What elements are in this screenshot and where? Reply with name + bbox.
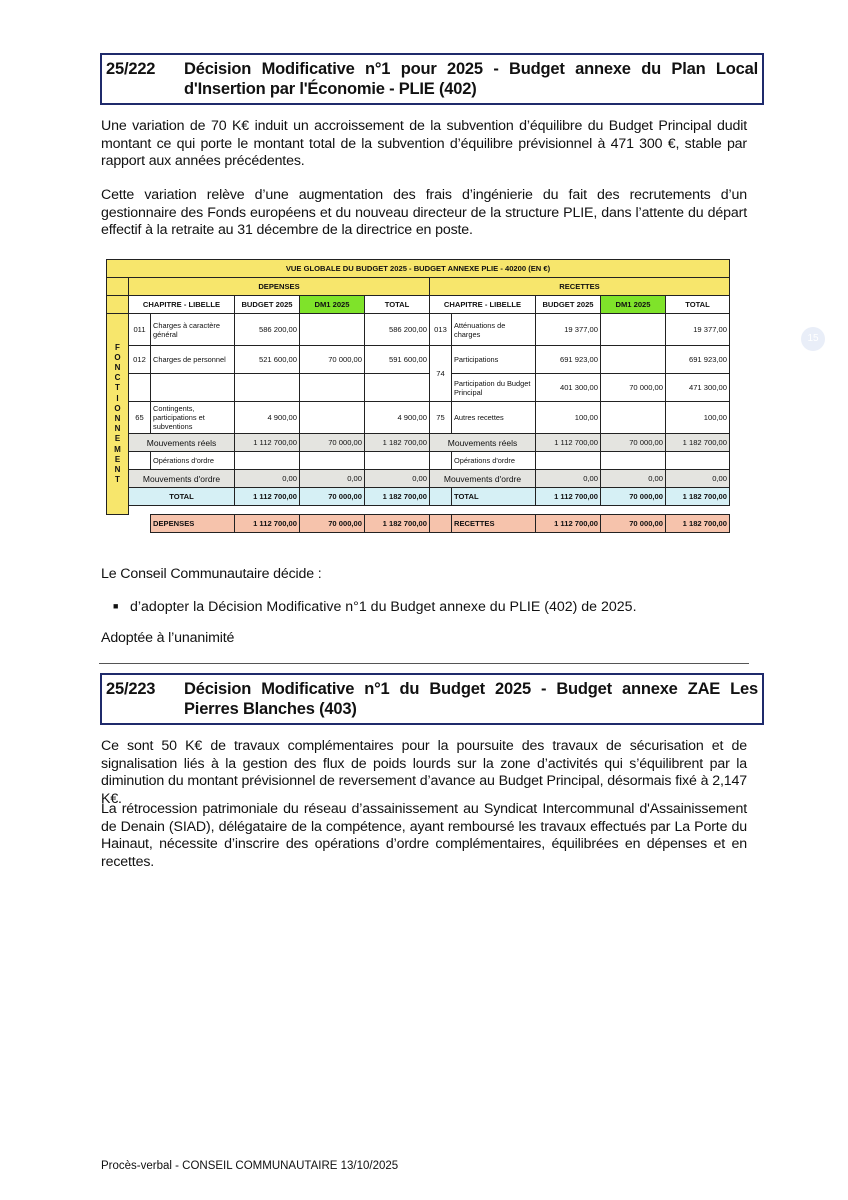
col-header-dm1: DM1 2025 (300, 296, 365, 314)
empty-cell (601, 452, 666, 470)
decision-intro: Le Conseil Communautaire décide : (101, 566, 747, 584)
dep-label (151, 374, 235, 402)
operations-ordre-row: Opérations d'ordre Opérations d'ordre (107, 452, 730, 470)
page-number-badge: 15 (801, 327, 825, 351)
decision-bullet-text: d’adopter la Décision Modificative n°1 d… (130, 599, 637, 615)
corner-cell (107, 296, 129, 314)
budget-table: VUE GLOBALE DU BUDGET 2025 - BUDGET ANNE… (106, 259, 730, 533)
rec-total-dm1: 70 000,00 (601, 488, 666, 506)
col-header-total: TOTAL (365, 296, 430, 314)
rec-total-label: TOTAL (452, 488, 536, 506)
dep-dm1 (300, 314, 365, 346)
rec-total: 19 377,00 (666, 314, 730, 346)
section-number: 25/222 (106, 59, 184, 99)
rec-dm1 (601, 314, 666, 346)
rec-budget: 19 377,00 (536, 314, 601, 346)
dep-code: 011 (129, 314, 151, 346)
dep-code: 65 (129, 402, 151, 434)
rec-mvt-ordre-dm1: 0,00 (601, 470, 666, 488)
dep-total: 586 200,00 (365, 314, 430, 346)
spacer (129, 506, 730, 515)
empty-cell (536, 452, 601, 470)
empty-cell (430, 488, 452, 506)
side-label-fonctionnement: FONCTIONNEMENT (107, 314, 129, 515)
rec-budget: 100,00 (536, 402, 601, 434)
dep-mvt-reels-total: 1 182 700,00 (365, 434, 430, 452)
empty-cell (430, 515, 452, 533)
dep-label: Charges de personnel (151, 346, 235, 374)
dep-mvt-reels-dm1: 70 000,00 (300, 434, 365, 452)
rec-total: 100,00 (666, 402, 730, 434)
dep-dm1: 70 000,00 (300, 346, 365, 374)
dep-total-total: 1 182 700,00 (365, 488, 430, 506)
decision-bullet: ■d’adopter la Décision Modificative n°1 … (113, 598, 637, 617)
depenses-summary-budget: 1 112 700,00 (235, 515, 300, 533)
summary-row: DEPENSES 1 112 700,00 70 000,00 1 182 70… (107, 515, 730, 533)
rec-mvt-reels-label: Mouvements réels (430, 434, 536, 452)
dep-mvt-reels-label: Mouvements réels (129, 434, 235, 452)
empty-cell (107, 515, 129, 533)
rec-dm1 (601, 346, 666, 374)
col-header-budget: BUDGET 2025 (536, 296, 601, 314)
vote-result: Adoptée à l’unanimité (101, 630, 747, 648)
rec-mvt-ordre-budget: 0,00 (536, 470, 601, 488)
dep-code: 012 (129, 346, 151, 374)
col-header-total: TOTAL (666, 296, 730, 314)
recettes-summary-total: 1 182 700,00 (666, 515, 730, 533)
rec-code: 75 (430, 402, 452, 434)
dep-mvt-ordre-total: 0,00 (365, 470, 430, 488)
section-header-25-223: 25/223 Décision Modificative n°1 du Budg… (100, 673, 764, 725)
depenses-summary-dm1: 70 000,00 (300, 515, 365, 533)
dep-budget: 4 900,00 (235, 402, 300, 434)
rec-mvt-reels-budget: 1 112 700,00 (536, 434, 601, 452)
dep-total-dm1: 70 000,00 (300, 488, 365, 506)
recettes-summary-dm1: 70 000,00 (601, 515, 666, 533)
section-number: 25/223 (106, 679, 184, 719)
depenses-summary-total: 1 182 700,00 (365, 515, 430, 533)
page-footer: Procès-verbal - CONSEIL COMMUNAUTAIRE 13… (101, 1160, 398, 1172)
rec-label: Participation du Budget Principal (452, 374, 536, 402)
table-row: 012 Charges de personnel 521 600,00 70 0… (107, 346, 730, 374)
dep-mvt-ordre-budget: 0,00 (235, 470, 300, 488)
depenses-summary-label: DEPENSES (151, 515, 235, 533)
table-title: VUE GLOBALE DU BUDGET 2025 - BUDGET ANNE… (107, 260, 730, 278)
rec-mvt-ordre-label: Mouvements d'ordre (430, 470, 536, 488)
dep-total (365, 374, 430, 402)
section-header-25-222: 25/222 Décision Modificative n°1 pour 20… (100, 53, 764, 105)
empty-cell (129, 452, 151, 470)
recettes-header: RECETTES (430, 278, 730, 296)
rec-total-budget: 1 112 700,00 (536, 488, 601, 506)
recettes-summary-budget: 1 112 700,00 (536, 515, 601, 533)
rec-code: 74 (430, 346, 452, 402)
dep-dm1 (300, 402, 365, 434)
rec-total-total: 1 182 700,00 (666, 488, 730, 506)
dep-total-label: TOTAL (129, 488, 235, 506)
dep-dm1 (300, 374, 365, 402)
dep-ops-ordre-label: Opérations d'ordre (151, 452, 235, 470)
dep-budget: 586 200,00 (235, 314, 300, 346)
dep-code (129, 374, 151, 402)
rec-label: Participations (452, 346, 536, 374)
col-header-chapitre: CHAPITRE - LIBELLE (430, 296, 536, 314)
dep-total: 591 600,00 (365, 346, 430, 374)
col-header-chapitre: CHAPITRE - LIBELLE (129, 296, 235, 314)
dep-budget (235, 374, 300, 402)
rec-label: Atténuations de charges (452, 314, 536, 346)
empty-cell (300, 452, 365, 470)
depenses-header: DEPENSES (129, 278, 430, 296)
dep-mvt-reels-budget: 1 112 700,00 (235, 434, 300, 452)
dep-total-budget: 1 112 700,00 (235, 488, 300, 506)
section-divider (99, 663, 749, 664)
dep-total: 4 900,00 (365, 402, 430, 434)
table-row: FONCTIONNEMENT 011 Charges à caractère g… (107, 314, 730, 346)
paragraph: Cette variation relève d’une augmentatio… (101, 187, 747, 240)
rec-dm1: 70 000,00 (601, 374, 666, 402)
empty-cell (365, 452, 430, 470)
rec-total: 471 300,00 (666, 374, 730, 402)
paragraph: Ce sont 50 K€ de travaux complémentaires… (101, 738, 747, 808)
rec-mvt-reels-dm1: 70 000,00 (601, 434, 666, 452)
table-row: 65 Contingents, participations et subven… (107, 402, 730, 434)
rec-mvt-ordre-total: 0,00 (666, 470, 730, 488)
rec-dm1 (601, 402, 666, 434)
table-row: Participation du Budget Principal 401 30… (107, 374, 730, 402)
empty-cell (235, 452, 300, 470)
rec-budget: 691 923,00 (536, 346, 601, 374)
total-row: TOTAL 1 112 700,00 70 000,00 1 182 700,0… (107, 488, 730, 506)
rec-mvt-reels-total: 1 182 700,00 (666, 434, 730, 452)
dep-mvt-ordre-dm1: 0,00 (300, 470, 365, 488)
col-header-dm1: DM1 2025 (601, 296, 666, 314)
dep-mvt-ordre-label: Mouvements d'ordre (129, 470, 235, 488)
mouvements-reels-row: Mouvements réels 1 112 700,00 70 000,00 … (107, 434, 730, 452)
rec-code: 013 (430, 314, 452, 346)
mouvements-ordre-row: Mouvements d'ordre 0,00 0,00 0,00 Mouvem… (107, 470, 730, 488)
corner-cell (107, 278, 129, 296)
empty-cell (666, 452, 730, 470)
rec-label: Autres recettes (452, 402, 536, 434)
rec-total: 691 923,00 (666, 346, 730, 374)
section-title: Décision Modificative n°1 pour 2025 - Bu… (184, 59, 758, 99)
empty-cell (129, 515, 151, 533)
empty-cell (430, 452, 452, 470)
dep-budget: 521 600,00 (235, 346, 300, 374)
paragraph: Une variation de 70 K€ induit un accrois… (101, 118, 747, 171)
bullet-square-icon: ■ (113, 598, 130, 616)
section-title: Décision Modificative n°1 du Budget 2025… (184, 679, 758, 719)
paragraph: La rétrocession patrimoniale du réseau d… (101, 801, 747, 871)
dep-label: Contingents, participations et subventio… (151, 402, 235, 434)
rec-budget: 401 300,00 (536, 374, 601, 402)
recettes-summary-label: RECETTES (452, 515, 536, 533)
dep-label: Charges à caractère général (151, 314, 235, 346)
col-header-budget: BUDGET 2025 (235, 296, 300, 314)
rec-ops-ordre-label: Opérations d'ordre (452, 452, 536, 470)
